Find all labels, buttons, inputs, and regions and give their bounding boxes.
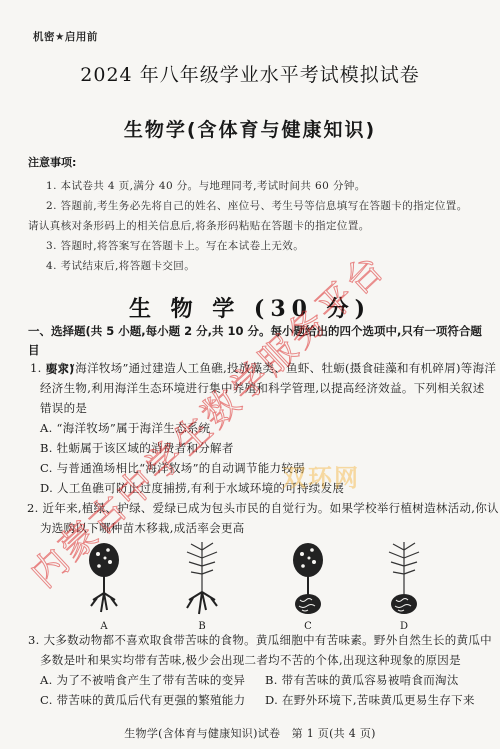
section-title: 生 物 学 (30 分) (0, 292, 500, 323)
page-footer: 生物学(含体育与健康知识)试卷 第 1 页(共 4 页) (0, 725, 500, 741)
note-item: 1. 本试卷共 4 页,满分 40 分。与地理同考,考试时间共 60 分钟。 (46, 178, 366, 193)
question-text: 1. 山东“海洋牧场”通过建造人工鱼礁,投放藻类、鱼虾、牡蛎(摄食硅藻和有机碎屑… (30, 360, 496, 376)
exam-page: 机密★启用前 2024 年八年级学业水平考试模拟试卷 生物学(含体育与健康知识)… (0, 0, 500, 749)
question-text: 为选购以下哪种苗木移栽,成活率会更高 (40, 520, 245, 536)
figure-label: C (278, 621, 338, 632)
option-d: D. 在野外环境下,苦味黄瓜更易生存下来 (265, 692, 475, 708)
leafy-tree-root-ball-icon (283, 540, 333, 616)
figure-label: D (374, 621, 434, 632)
notes-title: 注意事项: (28, 154, 76, 170)
sparse-tree-root-ball-icon (379, 540, 429, 616)
option-d: D. 人工鱼礁可防止过度捕捞,有利于水域环境的可持续发展 (40, 480, 344, 496)
question-text: 多数是叶和果实均带有苦味,极少会出现二者均不苦的个体,出现这种现象的原因是 (40, 652, 461, 668)
figure-a: A (74, 540, 134, 632)
question-text: 2. 近年来,植绿、护绿、爱绿已成为包头市民的自觉行为。如果学校举行植树造林活动… (27, 500, 499, 516)
figure-label: B (172, 621, 232, 632)
option-c: C. 带苦味的黄瓜后代有更强的繁殖能力 (40, 692, 245, 708)
note-item: 请认真核对条形码上的相关信息后,将条形码粘贴在答题卡的指定位置。 (28, 218, 370, 233)
figure-d: D (374, 540, 434, 632)
question-text: 经济生物,利用海洋生态环境进行集中养殖和科学管理,以提高经济效益。下列相关叙述 (40, 380, 485, 396)
exam-title: 2024 年八年级学业水平考试模拟试卷 (0, 60, 500, 87)
leafy-tree-bare-roots-icon (79, 540, 129, 616)
option-b: B. 牡蛎属于该区域的消费者和分解者 (40, 440, 234, 456)
figure-c: C (278, 540, 338, 632)
option-a: A. “海洋牧场”属于海洋生态系统 (40, 420, 210, 436)
sparse-tree-bare-roots-icon (177, 540, 227, 616)
figure-b: B (172, 540, 232, 632)
option-b: B. 带有苦味的黄瓜容易被啃食而淘汰 (265, 672, 459, 688)
note-item: 2. 答题前,考生务必先将自己的姓名、座位号、考生号等信息填写在答题卡的指定位置… (46, 198, 468, 213)
option-c: C. 与普通渔场相比“海洋牧场”的自动调节能力较弱 (40, 460, 305, 476)
question-text: 3. 大多数动物都不喜欢取食带苦味的食物。黄瓜细胞中有苦味素。野外自然生长的黄瓜… (28, 632, 492, 648)
question-text: 错误的是 (40, 400, 87, 416)
section-heading-line1: 一、选择题(共 5 小题,每小题 2 分,共 10 分。每小题给出的四个选项中,… (28, 324, 482, 357)
seedling-figures: A B C (0, 540, 500, 632)
note-item: 3. 答题时,将答案写在答题卡上。写在本试卷上无效。 (46, 238, 304, 253)
confidential-label: 机密★启用前 (33, 29, 98, 44)
figure-label: A (74, 621, 134, 632)
subject-title: 生物学(含体育与健康知识) (0, 115, 500, 142)
note-item: 4. 考试结束后,将答题卡交回。 (46, 258, 195, 273)
option-a: A. 为了不被啃食产生了带有苦味的变异 (40, 672, 245, 688)
